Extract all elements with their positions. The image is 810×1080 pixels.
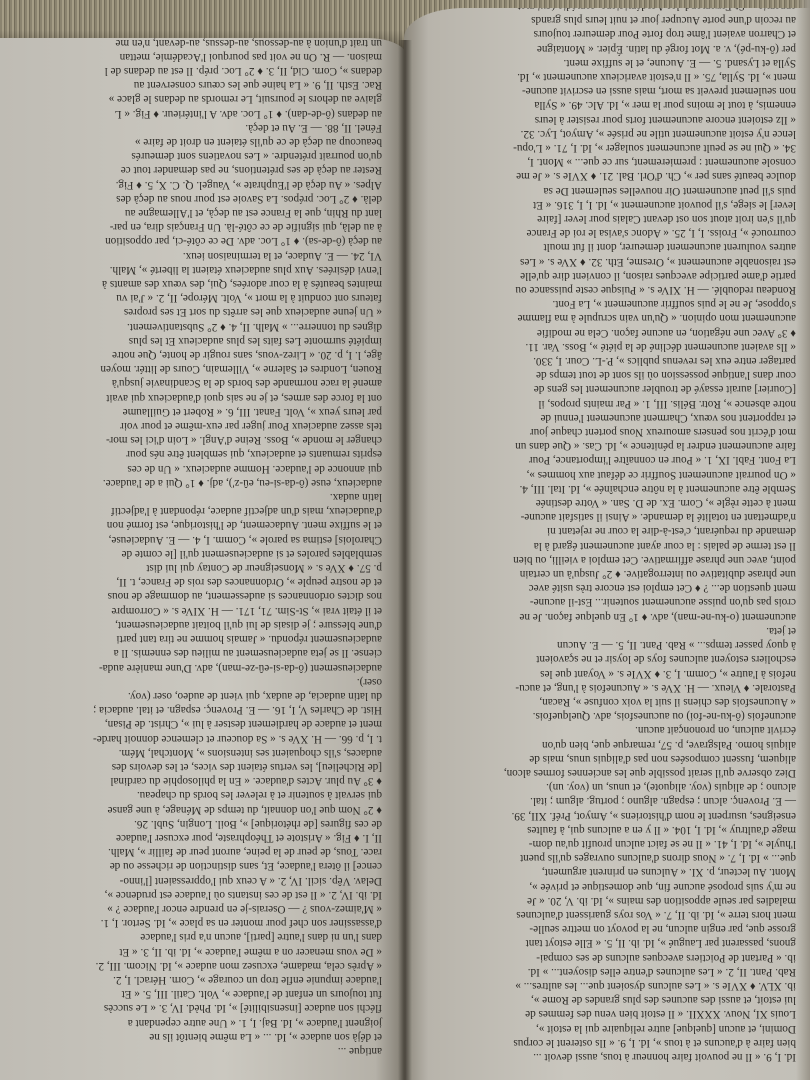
text-line: Charolois] estima sa parole », Comm. I, … bbox=[22, 532, 382, 546]
text-line: et jeta. bbox=[424, 624, 796, 638]
text-line: ♦ 3° Avec une négation, en aucune façon.… bbox=[424, 325, 796, 339]
text-line: lever] le siege, s'il pouvoit aucunement… bbox=[424, 198, 796, 212]
text-line: II, I. ♦ Fig. « Aristote et Théophraste,… bbox=[22, 831, 382, 845]
text-line: Rouen, Londres et Salerne », Villemain, … bbox=[22, 362, 382, 376]
text-line: La Font. Fabl. IX, 1. « Pour en connaîtr… bbox=[424, 453, 796, 467]
text-line: fateurs ont conduit à la mort », Volt. M… bbox=[22, 291, 382, 305]
text-line: audacieusement répondu. « Jamais homme n… bbox=[22, 632, 382, 646]
text-line: partie d'ame participe avecques raison, … bbox=[424, 269, 796, 283]
text-line: lui estoit, et aussi des aucunes des plu… bbox=[424, 993, 796, 1007]
text-line: que... » Id. I, 7. « Nous dirons d'aulcu… bbox=[424, 851, 796, 865]
text-line: courroucé », Froiss. I, I, 25. « Adonc s… bbox=[424, 226, 796, 240]
text-line: esprits remuants et audacieux, qui sembl… bbox=[22, 447, 382, 461]
text-line: dans l'un ni dans l'autre [parti], aucun… bbox=[22, 930, 382, 944]
text-line: lant du Rhin, que la France est au deçà,… bbox=[22, 206, 382, 220]
text-line: ment question de... ? ♦ Cet emploi est e… bbox=[424, 581, 796, 595]
text-line: écrivit aulcun, on prononçait aucun. bbox=[424, 723, 796, 737]
text-line: puis s'il peut aucunement Oir nouvelles … bbox=[424, 183, 796, 197]
text-line: notre absence », Rotr. Bélis. III, 1. « … bbox=[424, 396, 796, 410]
text-line: et Charron avaient l'âme trop forte Pour… bbox=[424, 27, 796, 41]
text-line: Semble être aucunement à la nôtre enchaî… bbox=[424, 482, 796, 496]
left-page: antique ...et déjà son audace », Id. ...… bbox=[0, 38, 408, 1080]
text-line: alcuno ; de aliquis (voy. aliquote), et … bbox=[424, 780, 796, 794]
text-line: aliquem, fussent composées non pas d'ali… bbox=[424, 752, 796, 766]
text-line: ont la force des armes, et je ne sais qu… bbox=[22, 390, 382, 404]
text-line: 34. « Qui ne se peult aucunement soulage… bbox=[424, 141, 796, 155]
text-line: nos dictes ordonnances si audessement, a… bbox=[22, 589, 382, 603]
text-line: audacieusement (ô-da-si-eû-ze-man), adv.… bbox=[22, 660, 382, 674]
text-line: « Un jeune audacieux que les arrêts du s… bbox=[22, 305, 382, 319]
text-line: Id. ib. IV, 2. « Il est de ces instants … bbox=[22, 888, 382, 902]
text-line: ♦ 3° Au plur. Actes d'audace. « En la ph… bbox=[22, 774, 382, 788]
text-line: d'audacieux, mais d'un adjectif audace, … bbox=[22, 504, 382, 518]
text-line: dedans », Corn. Cid, II, 3. ♦ 2° Loc. pr… bbox=[22, 64, 382, 78]
text-line: est raisonable aucunement », Oresme, Eth… bbox=[424, 254, 796, 268]
right-page: Id. I, 9. « Il ne pouvoit faire honneur … bbox=[404, 8, 810, 1080]
text-line: glaive au dehors le poursuit, Le remords… bbox=[22, 92, 382, 106]
text-line: ment à cette règle », Corn. Ex. de D. Sa… bbox=[424, 496, 796, 510]
text-line: qui annonce de l'audace. Homme audacieux… bbox=[22, 461, 382, 475]
text-line: t. I, p. 66. — H. XVe s. « Sa douceur et… bbox=[22, 731, 382, 745]
text-line: fut toujours un enfant de l'audace », Vo… bbox=[22, 987, 382, 1001]
text-line: VI, 24. — E. Audace, et la terminaison i… bbox=[22, 248, 382, 262]
text-line: ennemis », St-Evremond, les Académiciens… bbox=[424, 8, 796, 13]
text-line: à au delà, qui signifie de ce côté-là. U… bbox=[22, 220, 382, 234]
text-line: escholiers estoyent aulcunes foys de loy… bbox=[424, 652, 796, 666]
text-line: per (ô-ku-pé), v. a. Mot forgé du latin.… bbox=[424, 41, 796, 55]
text-line: race. Tous, de peur de la peine, auront … bbox=[22, 845, 382, 859]
text-line: « Aucunesfois des chiens il suit la voix… bbox=[424, 695, 796, 709]
text-line: et de nostre peuple », Ordonnances des r… bbox=[22, 575, 382, 589]
text-line: audacieux, euse (ô-da-si-eu, eû-z'), adj… bbox=[22, 476, 382, 490]
text-line: point, avec une phrase affirmative. Cet … bbox=[424, 553, 796, 567]
text-line: « De vous menacer on a même l'audace », … bbox=[22, 944, 382, 958]
text-line: qu'il s'en iroit atout son ost devant Ca… bbox=[424, 212, 796, 226]
text-line: « Ilz estoient encore aucunement forts p… bbox=[424, 112, 796, 126]
text-line: cour dans l'antique possession où ils so… bbox=[424, 368, 796, 382]
text-line: doulce beauté sans per », Ch. d'Orl. Bal… bbox=[424, 169, 796, 183]
text-line: ♦ 2° Nom que l'on donnait, du temps de M… bbox=[22, 802, 382, 816]
text-line: [de Richelieu], les vertus étaient des v… bbox=[22, 760, 382, 774]
text-line: l'envi désirées. Aux plus audacieux étai… bbox=[22, 263, 382, 277]
text-line: maintes beautés à la cour adorées, Qui, … bbox=[22, 277, 382, 291]
text-line: Diez observe qu'il serait possible que l… bbox=[424, 766, 796, 780]
text-line: autres voulurent aucunement demeurer, do… bbox=[424, 240, 796, 254]
text-line: qu'on pourrait prétendre. « Les novatien… bbox=[22, 149, 382, 163]
text-line: et il était vrai », St-Sim. 71, 171. — H… bbox=[22, 604, 382, 618]
text-line: partager entre eux les revenus publics »… bbox=[424, 354, 796, 368]
text-line: « Après cela, madame, excusez mon audace… bbox=[22, 959, 382, 973]
text-line: mot d'écrit nos pensers amoureux Nous po… bbox=[424, 425, 796, 439]
text-line: Alpes. « Au deçà de l'Euphrate », Vaugel… bbox=[22, 177, 382, 191]
text-line: d'une blessure ; je disais de lui qu'il … bbox=[22, 618, 382, 632]
text-line: au deçà (ô-de-sa). ♦ 1° Loc. adv. De ce … bbox=[22, 234, 382, 248]
text-line: impiété surmonte Les faits les plus auda… bbox=[22, 334, 382, 348]
text-line: faire aucunement endrer la pénitence », … bbox=[424, 439, 796, 453]
text-line: au recoin d'une porte Aucuper jour et nu… bbox=[424, 13, 796, 27]
text-line: âge, l. I, p. 20. « Lirez-vous, sans rou… bbox=[22, 348, 382, 362]
text-line: Rac. Esth. II, 9. « La haine que les cœu… bbox=[22, 78, 382, 92]
text-line: l'huyle », Id. I, 41. « Il ne se faict a… bbox=[424, 837, 796, 851]
book-gutter bbox=[398, 40, 412, 1080]
text-line: ciense. Il se jeta audacieusement au mil… bbox=[22, 646, 382, 660]
text-line: delà. ♦ 2° Loc. prépos. La Savoie est po… bbox=[22, 192, 382, 206]
text-line: Pastorale. ♦ Vieux. — H. XVe s. « Aucune… bbox=[424, 681, 796, 695]
page-edge-shadow bbox=[796, 0, 810, 1080]
text-line: Delav. Vêp. sicil. IV, 2. « A ceux qui l… bbox=[22, 873, 382, 887]
text-line: Rester au deçà de ses prétentions, ne pa… bbox=[22, 163, 382, 177]
text-line: « On pourrait aucunement Souffrir ce déf… bbox=[424, 467, 796, 481]
text-line: aucunement mon opinion. « Qu'un vain scr… bbox=[424, 311, 796, 325]
text-line: oser). bbox=[22, 675, 382, 689]
text-line: [Courier] aurait essayé de troubler aucu… bbox=[424, 382, 796, 396]
left-page-text: antique ...et déjà son audace », Id. ...… bbox=[22, 158, 382, 1058]
text-line: l'audace impunie enfle trop un courage »… bbox=[22, 973, 382, 987]
text-line: demande du requérant, c'est-à-dire la co… bbox=[424, 524, 796, 538]
text-line: Louis XI, Nouv. XXXII. « Il estoit bien … bbox=[424, 1007, 796, 1021]
text-line: « Ils avaient aucunement décliné de la p… bbox=[424, 340, 796, 354]
text-line: lence n'y estoit aucunement utile ne pri… bbox=[424, 127, 796, 141]
text-line: d'assassiner son chef pour monter en sa … bbox=[22, 916, 382, 930]
text-line: crois pas qu'on puisse aucunement souten… bbox=[424, 595, 796, 609]
text-line: ment », Id. Sylla, 75. « Il n'estoit ava… bbox=[424, 70, 796, 84]
text-line: n'admettant en totalité la demande. « Ai… bbox=[424, 510, 796, 524]
text-line: Id. I, 9. « Il ne pouvoit faire honneur … bbox=[424, 1050, 796, 1064]
text-line: aliquis homo. Palsgrave, p. 57, remarque… bbox=[424, 737, 796, 751]
text-line: ment et audace de hardiement destser à l… bbox=[22, 717, 382, 731]
text-line: grosse que, par engin aulcun, ne la povo… bbox=[424, 922, 796, 936]
text-line: et déjà son audace », Id. ... « La même … bbox=[22, 1030, 382, 1044]
text-line: aucunefois (ô-ku-ne-foi) ou aucunesfois,… bbox=[424, 709, 796, 723]
text-line: latin audax. bbox=[22, 490, 382, 504]
text-line: console aucunement : premierement, sur c… bbox=[424, 155, 796, 169]
text-line: un trait d'union à au-dessous, au-dessus… bbox=[22, 38, 382, 50]
text-line: amené la race normande des bords de la S… bbox=[22, 376, 382, 390]
text-line: Fénel. II, 88. — E. Au et deçà. bbox=[22, 121, 382, 135]
text-line: antique ... bbox=[22, 1044, 382, 1058]
text-line: audaces, s'ils choquaient ses intensions… bbox=[22, 746, 382, 760]
text-line: Hist. de Charles V, I, 16. — E. Provenç.… bbox=[22, 703, 382, 717]
text-line: à quoy passer temps... » Rab. Pant. II, … bbox=[424, 638, 796, 652]
text-line: gnons, passarent par Laugué », Id. ib. I… bbox=[424, 936, 796, 950]
text-line: ment hors terre », Id. ib. II, 7. « Vos … bbox=[424, 908, 796, 922]
text-line: nefois à l'autre », Comm. I, 3. ♦ XVIe s… bbox=[424, 666, 796, 680]
text-line: fléchi son audace [insensibilité] », Id.… bbox=[22, 1001, 382, 1015]
text-line: ennemis, à tout le moins pour la mer », … bbox=[424, 98, 796, 112]
text-line: joignent l'audace », Id. Baj. I, 1. « Un… bbox=[22, 1015, 382, 1029]
text-line: « M'aimez-vous ? — Oserais-je en prendre… bbox=[22, 902, 382, 916]
text-line: par leurs yeux », Volt. Fanat. III, 6. «… bbox=[22, 405, 382, 419]
text-line: Rab. Pant. II, 2. « Les aulcunes d'entre… bbox=[424, 965, 796, 979]
text-line: cence] il ôtera l'audace, Et, sans disti… bbox=[22, 859, 382, 873]
text-line: mage d'aultruy », Id. I, 104. « Il y en … bbox=[424, 823, 796, 837]
text-line: dignes du tonnerre... » Malh. II, 4. ♦ 2… bbox=[22, 319, 382, 333]
text-line: enseignes, usurpent le nom d'historiens … bbox=[424, 808, 796, 822]
text-line: et rapportent nos vœux, Charment aucunem… bbox=[424, 411, 796, 425]
text-line: ib. « Partant de Poictiers avecques aulc… bbox=[424, 950, 796, 964]
text-line: Domini, et aucun [quelque] autre reliqua… bbox=[424, 1021, 796, 1035]
text-line: bien faire à d'aucuns et à tous », Id. I… bbox=[424, 1036, 796, 1050]
text-line: ib. XLV. ♦ XVIe s. « Les aulcuns dysoien… bbox=[424, 979, 796, 993]
text-line: changer le monde », Boss. Reine d'Angl. … bbox=[22, 433, 382, 447]
text-line: Sylla et Lysand. 5. — E. Aucune, et le s… bbox=[424, 56, 796, 70]
text-line: semblables paroles et si audacieusement … bbox=[22, 547, 382, 561]
text-line: Mont. Au lecteur, p. XI. « Aulcuns en pr… bbox=[424, 865, 796, 879]
text-line: beaucoup au deçà de ce qu'ils étaient en… bbox=[22, 135, 382, 149]
text-line: Il est terme de palais : la cour ayant a… bbox=[424, 538, 796, 552]
text-line: du latin audacia, de audax, qui vient de… bbox=[22, 689, 382, 703]
text-line: tels assez audacieux Pour juger par eux-… bbox=[22, 419, 382, 433]
text-line: maladies par seule apposition des mains … bbox=[424, 894, 796, 908]
right-page-text: Id. I, 9. « Il ne pouvoit faire honneur … bbox=[424, 104, 796, 1064]
text-line: non seulement preveit sa mort, mais auss… bbox=[424, 84, 796, 98]
text-line: — E. Provenç. alcun ; espagn. alguno ; p… bbox=[424, 794, 796, 808]
text-line: s'oppose, Je ne le puis souffrir aucunem… bbox=[424, 297, 796, 311]
text-line: aucunement (o-ku-ne-man), adv. ♦ 1° En q… bbox=[424, 610, 796, 624]
text-line: une phrase dubitative ou interrogative. … bbox=[424, 567, 796, 581]
text-line: maison. — R. On ne voit pas pourquoi l'A… bbox=[22, 50, 382, 64]
text-line: au dedans (ô-de-dan). ♦ 1° Loc. adv. A l… bbox=[22, 106, 382, 120]
text-line: Rondeau redoublé. — H. XIVe s. « Puisque… bbox=[424, 283, 796, 297]
text-line: p. 57. ♦ XVe s. « Monseigneur de Contay … bbox=[22, 561, 382, 575]
text-line: de ces figures [de rhétorique] », Boil. … bbox=[22, 817, 382, 831]
text-line: qui servait à soutenir et à relever les … bbox=[22, 788, 382, 802]
text-line: et le suffixe ment. Audacement, de l'his… bbox=[22, 518, 382, 532]
text-line: ne m'y suis proposé aucune fin, que dome… bbox=[424, 879, 796, 893]
